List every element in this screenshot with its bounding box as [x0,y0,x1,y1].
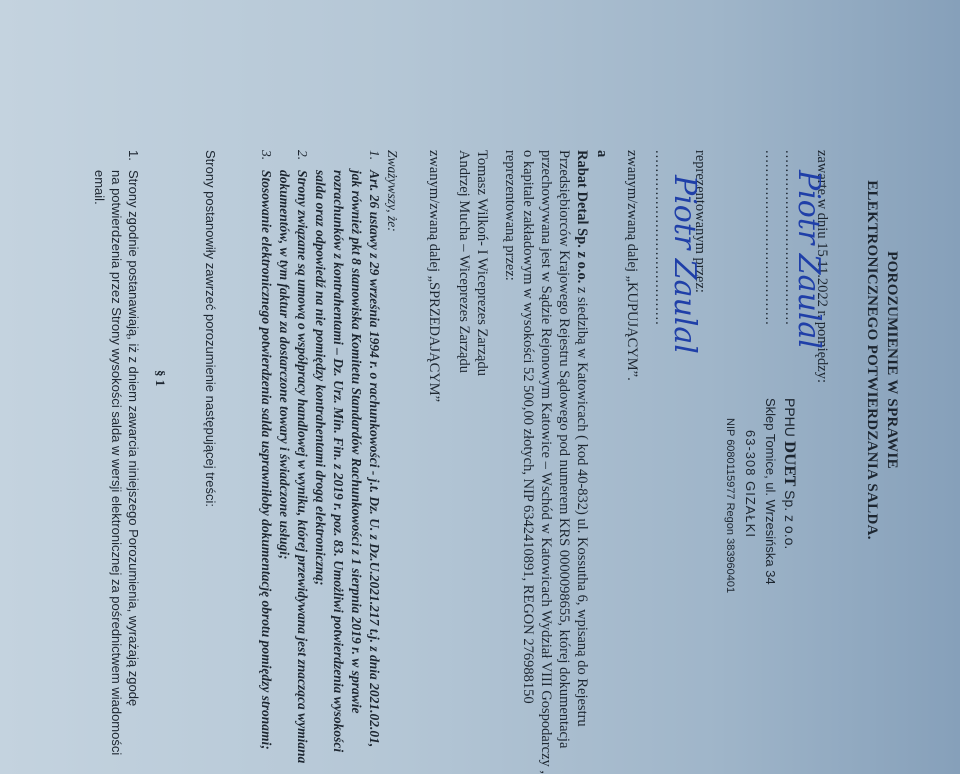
seller-rep-1: Tomasz Wilkoń- I Wiceprezes Zarządu [472,150,492,376]
seller-line-2: Przedsiębiorców Krajowego Rejestru Sądow… [554,150,574,720]
section-item-1-line-3: email. [91,170,108,205]
seller-line-1: Rabat Detal Sp. z o.o. z siedzibą w Kato… [572,150,592,720]
document-title-line2: ELEKTRONICZNEGO POTWIERDZANIA SALDA. [862,0,882,720]
whereas-item-2-line-1: Strony związane są umową o współpracy ha… [292,170,312,720]
section-heading: § 1 [150,370,170,386]
buyer-dotted-line-2: ...................................... [760,150,780,326]
buyer-stamp-line2: Sklep Tomice, ul. Wrzesińska 34 [760,398,780,585]
whereas-item-1-num: 1. [364,150,384,160]
whereas-item-2-num: 2. [292,150,312,160]
whereas-heading: Zważywszy, że: [382,150,402,232]
buyer-stamp-line1: PPHU DUET Sp. z o.o. [779,398,800,549]
whereas-item-1-line-1: Art. 26 ustawy z 29 września 1994 r. o r… [364,170,384,720]
representative-signature: Piotr Zaulal [667,175,702,354]
document-page: POROZUMIENIE W SPRAWIE ELEKTRONICZNEGO P… [0,0,960,720]
buyer-stamp-line4: NIP 6080115977 Regon 383960401 [720,418,740,593]
whereas-item-2-line-2: dokumentów, w tym faktur za dostarczone … [274,170,294,560]
buyer-stamp-line3: 63-308 GIZAŁKI [740,430,760,538]
agreement-intro: Strony postanowiły zawrzeć porozumienie … [200,150,220,507]
seller-line-5: reprezentowaną przez: [500,150,520,281]
document-title-line1: POROZUMIENIE W SPRAWIE [882,0,902,720]
buyer-signature: Piotr Zaulal [791,170,826,349]
seller-called-text: zwanym/zwaną dalej „SPRZEDAJĄCYM” [424,150,444,402]
and-text: a [592,150,612,157]
seller-line-4: o kapitale zakładowym w wysokości 52 500… [518,150,538,704]
seller-line-3: przechowywana jest w Sądzie Rejonowym Ka… [536,150,556,720]
whereas-item-1-line-3: rozrachunków z kontrahentami – Dz. Urz. … [328,170,348,720]
whereas-item-3-num: 3. [256,150,276,160]
seller-name: Rabat Detal Sp. z o.o. [574,150,590,283]
buyer-called-text: zwanym/zwaną dalej „KUPUJĄCYM”. [622,150,642,381]
section-item-1-line-2: na potwierdzenia przez Strony wysokości … [108,170,125,720]
section-item-1-num: 1. [125,150,142,161]
whereas-item-1-line-2: jak również pkt 8 stanowiska Komitetu St… [346,170,366,714]
section-item-1-line-1: Strony zgodnie postanawiają, iż z dniem … [125,170,142,706]
seller-rep-2: Andrzej Mucha – Wiceprezes Zarządu [454,150,474,373]
whereas-item-1-line-4: salda oraz odpowiedź na nie pomiędzy kon… [310,170,330,586]
buyer-brand: DUET [781,441,797,486]
whereas-item-3-line-1: Stosowanie elektronicznego potwierdzenia… [256,170,276,720]
